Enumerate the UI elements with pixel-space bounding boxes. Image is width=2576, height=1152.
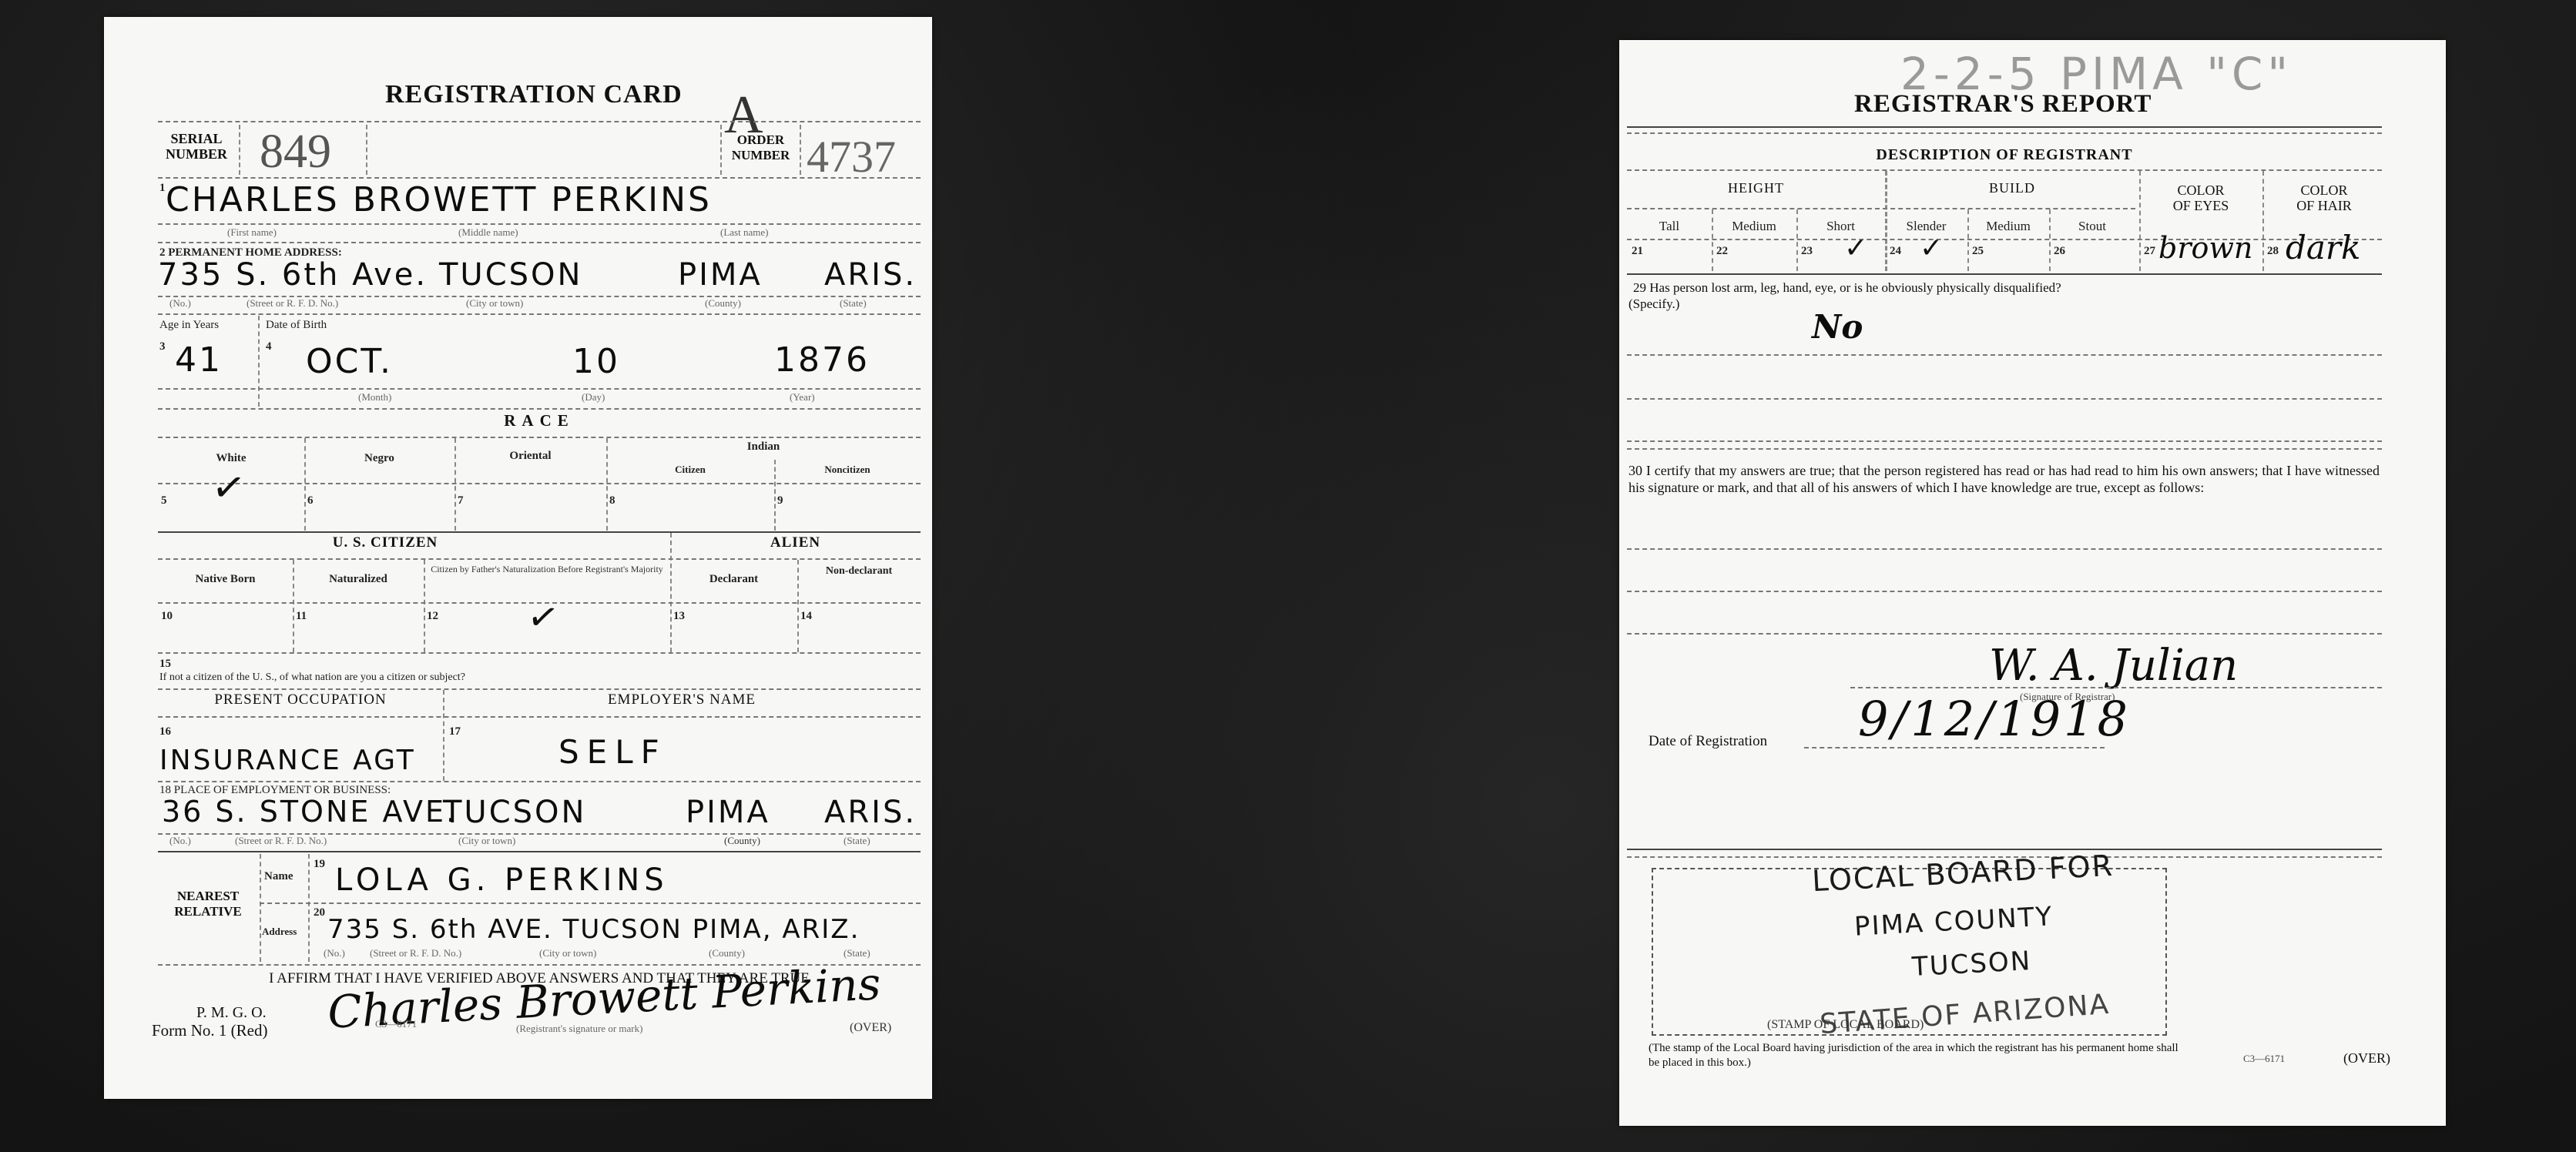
age-value: 41: [175, 340, 223, 380]
employment-city: TUCSON: [443, 795, 586, 830]
registration-card: REGISTRATION CARD A SERIAL NUMBER 849 OR…: [104, 17, 932, 1099]
race-white-checkmark: ✓: [209, 463, 249, 513]
hair-color-header: COLOR OF HAIR: [2262, 183, 2386, 213]
birth-month: OCT.: [306, 342, 393, 381]
race-header: RACE: [158, 411, 921, 430]
description-header: DESCRIPTION OF REGISTRANT: [1627, 146, 2382, 164]
serial-number-label: SERIAL NUMBER: [158, 131, 235, 162]
occupation-value: INSURANCE AGT: [159, 745, 416, 776]
employer-value: SELF: [558, 733, 667, 771]
registrar-signature: W. A. Julian: [1989, 641, 2238, 691]
home-address-city: TUCSON: [439, 257, 582, 293]
employment-county: PIMA: [686, 795, 770, 830]
serial-number: 849: [260, 125, 331, 179]
eye-color-value: brown: [2158, 231, 2252, 265]
hair-color-value: dark: [2286, 229, 2360, 266]
home-address-county: PIMA: [678, 257, 763, 293]
eye-color-header: COLOR OF EYES: [2139, 183, 2262, 213]
registrars-report-card: 2-2-5 PIMA "C" REGISTRAR'S REPORT DESCRI…: [1619, 40, 2446, 1126]
registrar-certification-text: 30 I certify that my answers are true; t…: [1628, 462, 2380, 496]
nearest-relative-label: NEAREST RELATIVE: [158, 889, 258, 919]
order-number: 4737: [807, 131, 896, 183]
employment-street: 36 S. STONE AVE.: [162, 795, 458, 829]
physical-disqualification-question: 29 Has person lost arm, leg, hand, eye, …: [1633, 280, 2061, 296]
card-title: REGISTRATION CARD: [385, 80, 683, 109]
home-address-state: ARIS.: [824, 257, 917, 293]
date-of-registration-value: 9/12/1918: [1858, 691, 2131, 747]
nationality-question: If not a citizen of the U. S., of what n…: [159, 671, 465, 684]
registrant-name: CHARLES BROWETT PERKINS: [166, 180, 712, 219]
birth-day: 10: [572, 342, 620, 381]
employment-state: ARIS.: [824, 795, 917, 830]
physical-disqualification-answer: No: [1812, 308, 1863, 346]
order-number-label: ORDER NUMBER: [724, 132, 797, 163]
build-slender-checkmark: ✓: [1920, 233, 1943, 264]
citizen-by-father-checkmark: ✓: [524, 594, 562, 641]
birth-year: 1876: [774, 340, 870, 380]
date-of-registration-label: Date of Registration: [1649, 733, 1767, 750]
height-short-checkmark: ✓: [1844, 233, 1867, 264]
home-address-street: 735 S. 6th Ave.: [158, 257, 428, 293]
stamp-line-3: TUCSON: [1911, 946, 2032, 983]
relative-address: 735 S. 6th AVE. TUCSON PIMA, ARIZ.: [327, 914, 860, 945]
relative-name: LOLA G. PERKINS: [335, 862, 669, 898]
stamp-instructions: (The stamp of the Local Board having jur…: [1649, 1041, 2180, 1070]
form-number: Form No. 1 (Red): [152, 1021, 268, 1040]
report-title: REGISTRAR'S REPORT: [1854, 90, 2152, 119]
